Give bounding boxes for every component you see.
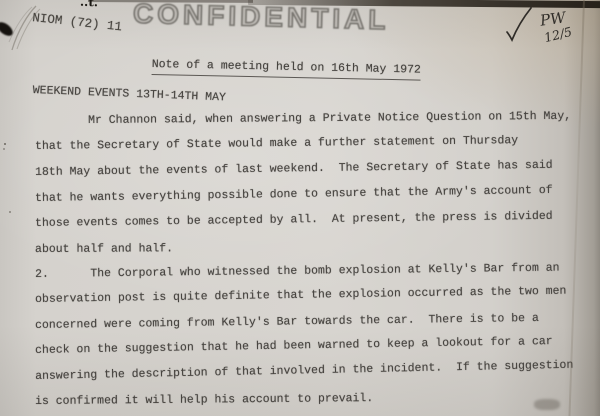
typed-line: that the Secretary of State would make a…	[35, 134, 518, 153]
cropped-text-fragment: ..t.	[80, 0, 99, 9]
typed-line: 2. The Corporal who witnessed the bomb e…	[35, 262, 560, 281]
typed-line: 18th May about the events of last weeken…	[35, 159, 553, 179]
pencil-scribble	[2, 2, 54, 58]
typed-line: answering the description of that involv…	[35, 359, 573, 383]
typed-line: is confirmed it will help his account to…	[35, 392, 373, 408]
paper-crease	[568, 0, 585, 416]
typed-line: that he wants everything possible done t…	[35, 184, 553, 205]
check-mark-icon	[504, 6, 538, 48]
document-page: ..t. NIOM (72) 11 CONFIDENTIAL PW 12/5 N…	[0, 0, 600, 416]
document-title: Note of a meeting held on 16th May 1972	[152, 58, 421, 81]
paper-specks	[0, 0, 2, 2]
typed-line: Mr Channon said, when answering a Privat…	[88, 110, 571, 127]
typed-line: observation post is quite definite that …	[35, 285, 567, 306]
confidential-stamp: CONFIDENTIAL	[133, 0, 390, 36]
bottom-right-smudge	[534, 399, 560, 410]
typed-line: about half and half.	[35, 242, 173, 256]
document-title-wrap: Note of a meeting held on 16th May 1972	[152, 54, 422, 81]
typed-line: those events comes to be accepted by all…	[35, 210, 553, 230]
section-heading: WEEKEND EVENTS 13TH-14TH MAY	[33, 84, 227, 104]
typed-line: concerned were coming from Kelly's Bar t…	[35, 312, 539, 332]
typed-line: check on the suggestion that he had been…	[35, 335, 553, 357]
